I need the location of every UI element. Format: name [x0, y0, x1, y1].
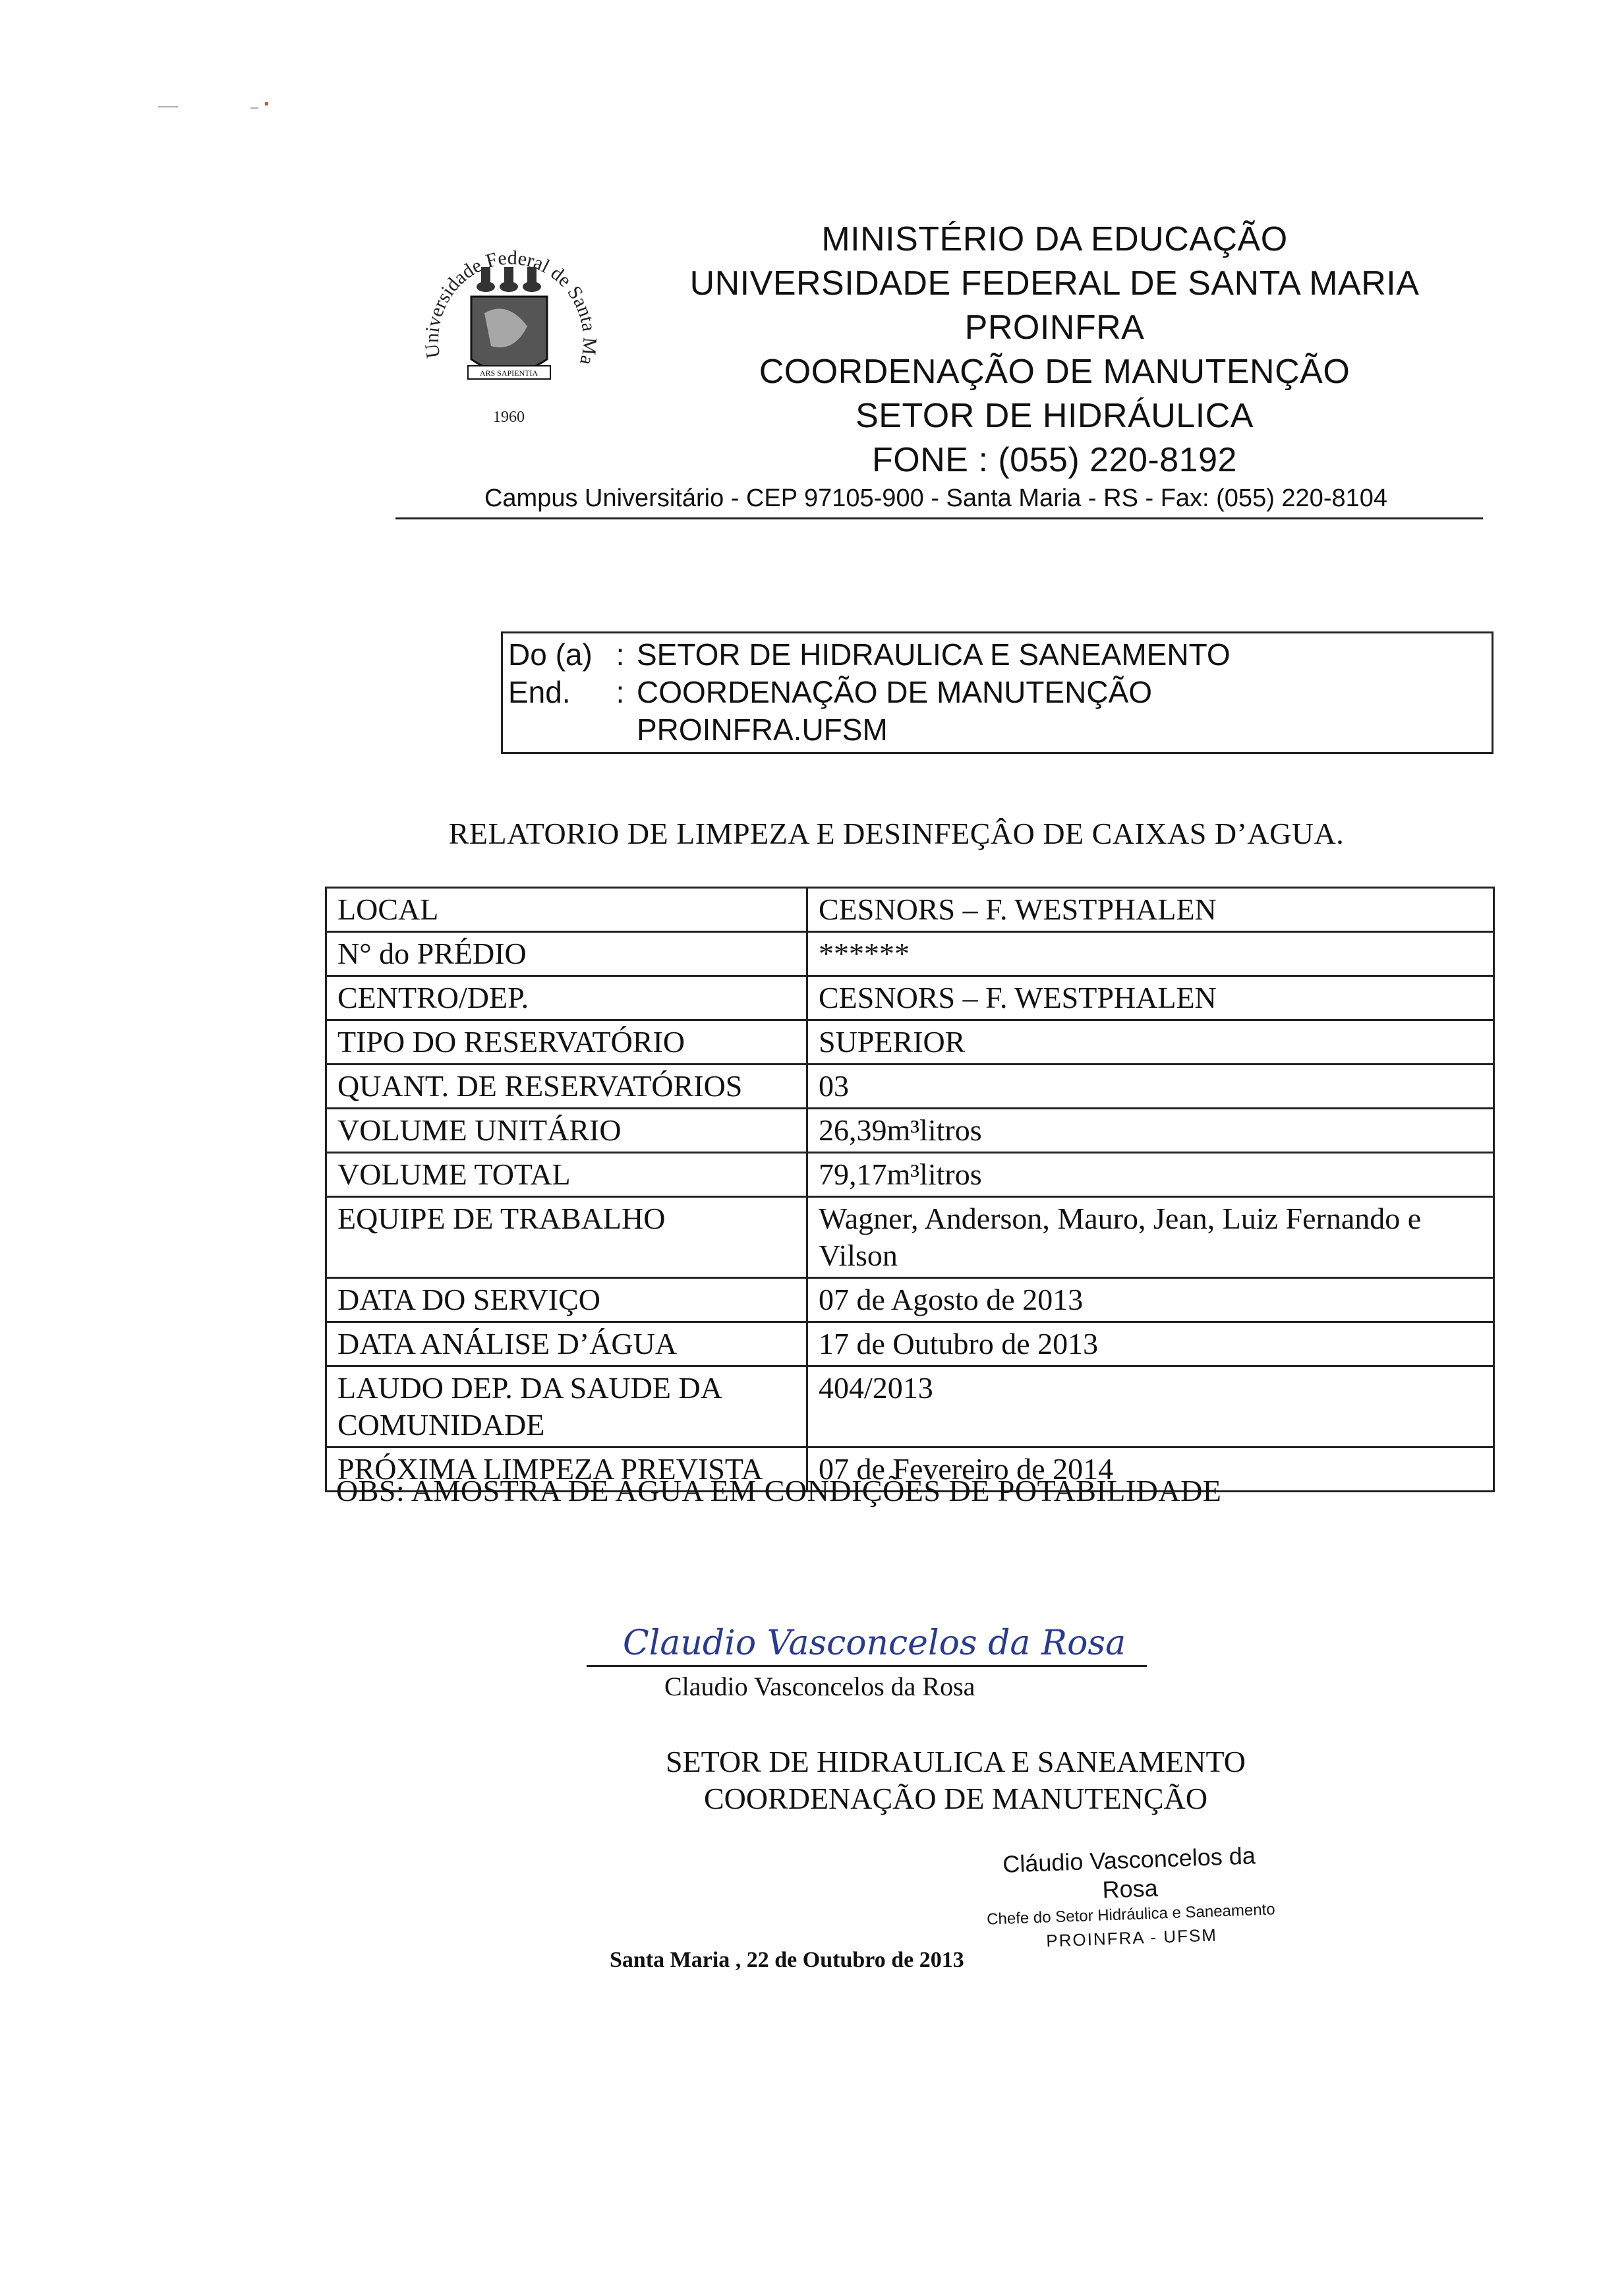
row-value: SUPERIOR — [807, 1020, 1494, 1065]
row-value: Wagner, Anderson, Mauro, Jean, Luiz Fern… — [807, 1197, 1494, 1278]
sender-box: Do (a):SETOR DE HIDRAULICA E SANEAMENTO … — [501, 631, 1493, 754]
signer-organization: SETOR DE HIDRAULICA E SANEAMENTO COORDEN… — [593, 1743, 1318, 1817]
recipient-value: COORDENAÇÃO DE MANUTENÇÃO — [637, 675, 1152, 709]
recipient-row: End.:COORDENAÇÃO DE MANUTENÇÃO — [508, 674, 1152, 710]
scan-speck — [265, 102, 268, 105]
header-ministry: MINISTÉRIO DA EDUCAÇÃO — [646, 218, 1463, 262]
row-label: DATA ANÁLISE D’ÁGUA — [326, 1322, 807, 1366]
signer-name: Claudio Vasconcelos da Rosa — [664, 1671, 975, 1702]
row-label: LOCAL — [326, 888, 807, 932]
row-label: N° do PRÉDIO — [326, 932, 807, 976]
university-seal-icon: Universidade Federal de Santa Maria ARS … — [415, 221, 606, 432]
official-stamp: Cláudio Vasconcelos da Rosa Chefe do Set… — [973, 1840, 1287, 1955]
row-label: EQUIPE DE TRABALHO — [326, 1197, 807, 1278]
table-row: VOLUME UNITÁRIO26,39m³litros — [326, 1109, 1494, 1153]
signer-org-line2: COORDENAÇÃO DE MANUTENÇÃO — [593, 1780, 1318, 1817]
row-value: 07 de Agosto de 2013 — [807, 1278, 1494, 1322]
header-phone: FONE : (055) 220-8192 — [646, 438, 1463, 482]
recipient-colon: : — [604, 674, 637, 710]
place-date: Santa Maria , 22 de Outubro de 2013 — [610, 1948, 964, 1973]
row-label: LAUDO DEP. DA SAUDE DA COMUNIDADE — [326, 1366, 807, 1447]
stamp-name: Cláudio Vasconcelos da Rosa — [973, 1840, 1285, 1909]
row-value: 03 — [807, 1065, 1494, 1109]
row-value: 17 de Outubro de 2013 — [807, 1322, 1494, 1366]
seal-motto: ARS SAPIENTIA — [480, 368, 538, 378]
row-value: 26,39m³litros — [807, 1109, 1494, 1153]
report-table: LOCALCESNORS – F. WESTPHALENN° do PRÉDIO… — [325, 887, 1495, 1492]
table-row: QUANT. DE RESERVATÓRIOS03 — [326, 1065, 1494, 1109]
observation: OBS: AMOSTRA DE AGUA EM CONDIÇÕES DE POT… — [336, 1473, 1221, 1508]
row-value: 404/2013 — [807, 1366, 1494, 1447]
table-row: LAUDO DEP. DA SAUDE DA COMUNIDADE404/201… — [326, 1366, 1494, 1447]
table-row: TIPO DO RESERVATÓRIOSUPERIOR — [326, 1020, 1494, 1065]
table-row: CENTRO/DEP.CESNORS – F. WESTPHALEN — [326, 976, 1494, 1020]
scan-speck — [158, 106, 178, 107]
row-label: VOLUME UNITÁRIO — [326, 1109, 807, 1153]
row-value: 79,17m³litros — [807, 1153, 1494, 1197]
table-row: N° do PRÉDIO****** — [326, 932, 1494, 976]
header-coordination: COORDENAÇÃO DE MANUTENÇÃO — [646, 350, 1463, 394]
sender-row: Do (a):SETOR DE HIDRAULICA E SANEAMENTO — [508, 637, 1231, 672]
recipient-value-line2: PROINFRA.UFSM — [637, 712, 888, 747]
signature-line — [587, 1665, 1147, 1667]
row-value: ****** — [807, 932, 1494, 976]
table-row: EQUIPE DE TRABALHOWagner, Anderson, Maur… — [326, 1197, 1494, 1278]
row-value: CESNORS – F. WESTPHALEN — [807, 976, 1494, 1020]
recipient-label: End. — [508, 674, 604, 710]
report-title: RELATORIO DE LIMPEZA E DESINFEÇÂO DE CAI… — [369, 816, 1424, 851]
sender-value: SETOR DE HIDRAULICA E SANEAMENTO — [637, 637, 1231, 672]
row-value: CESNORS – F. WESTPHALEN — [807, 888, 1494, 932]
signer-org-line1: SETOR DE HIDRAULICA E SANEAMENTO — [593, 1743, 1318, 1780]
row-label: QUANT. DE RESERVATÓRIOS — [326, 1065, 807, 1109]
header-proinfra: PROINFRA — [646, 306, 1463, 350]
seal-year: 1960 — [493, 409, 525, 426]
signature-script: Claudio Vasconcelos da Rosa — [623, 1623, 1126, 1663]
letterhead: MINISTÉRIO DA EDUCAÇÃO UNIVERSIDADE FEDE… — [646, 218, 1463, 482]
sender-colon: : — [604, 637, 637, 672]
sender-label: Do (a) — [508, 637, 604, 672]
table-row: VOLUME TOTAL79,17m³litros — [326, 1153, 1494, 1197]
row-label: VOLUME TOTAL — [326, 1153, 807, 1197]
handwritten-signature: Claudio Vasconcelos da Rosa — [616, 1618, 1144, 1668]
row-label: TIPO DO RESERVATÓRIO — [326, 1020, 807, 1065]
header-university: UNIVERSIDADE FEDERAL DE SANTA MARIA — [646, 262, 1463, 306]
table-row: DATA ANÁLISE D’ÁGUA17 de Outubro de 2013 — [326, 1322, 1494, 1366]
table-row: LOCALCESNORS – F. WESTPHALEN — [326, 888, 1494, 932]
row-label: CENTRO/DEP. — [326, 976, 807, 1020]
row-label: DATA DO SERVIÇO — [326, 1278, 807, 1322]
header-sector: SETOR DE HIDRÁULICA — [646, 394, 1463, 438]
scan-speck — [250, 107, 258, 109]
header-address: Campus Universitário - CEP 97105-900 - S… — [395, 484, 1476, 513]
header-divider — [395, 517, 1483, 519]
table-row: DATA DO SERVIÇO07 de Agosto de 2013 — [326, 1278, 1494, 1322]
